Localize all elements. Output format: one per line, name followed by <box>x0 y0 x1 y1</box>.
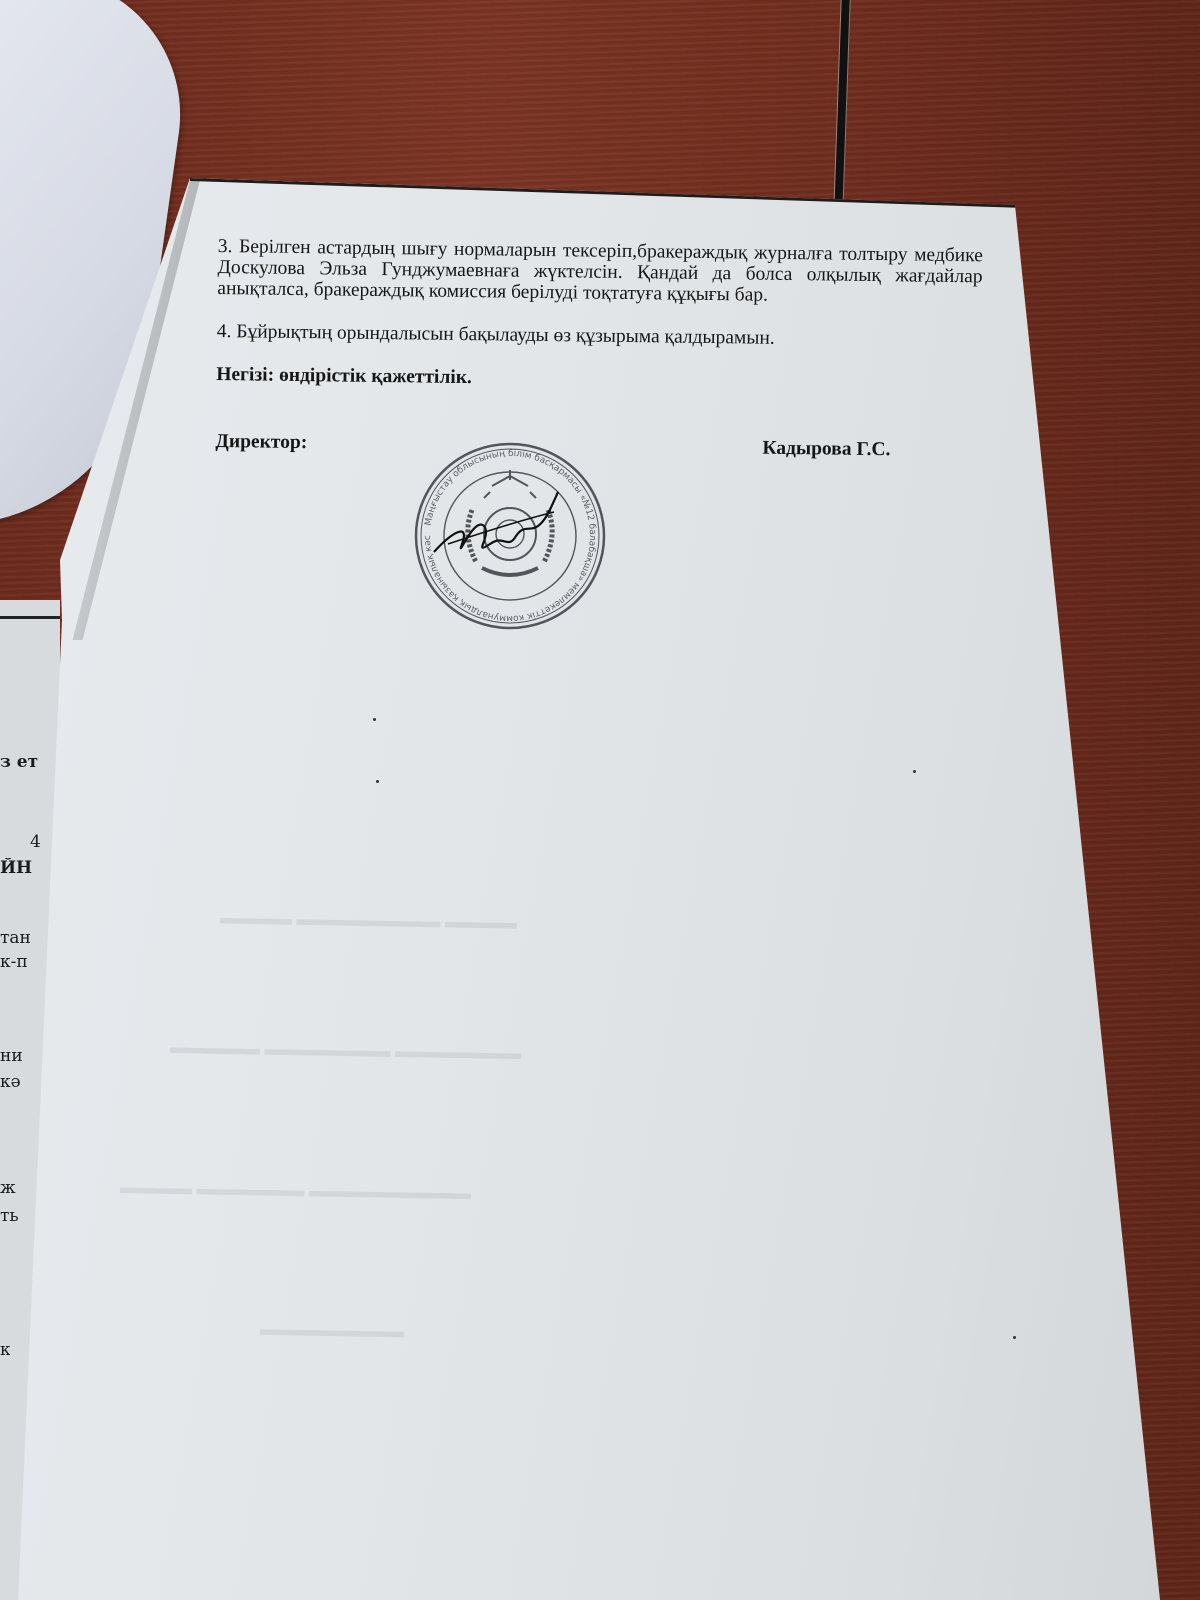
item-text: Берілген астардың шығу нормаларын тексер… <box>217 236 983 305</box>
item-number: 3. <box>218 236 233 257</box>
underlying-text-fragment: к <box>0 1340 10 1360</box>
toner-speck <box>376 780 379 783</box>
order-basis: Негізі: өндірістік қажеттілік. <box>216 364 981 394</box>
page-top-border <box>190 178 1020 208</box>
order-item-3: 3. Берілген астардың шығу нормаларын тек… <box>217 236 983 308</box>
signatory-name: Кадырова Г.С. <box>762 438 890 461</box>
underlying-text-fragment: к-п <box>0 952 44 972</box>
document-body: 3. Берілген астардың шығу нормаларын тек… <box>215 236 983 461</box>
bleed-through-text: ▬▬▬▬▬ ▬▬▬▬▬▬▬ ▬▬▬▬▬▬▬ <box>170 1037 521 1064</box>
bleed-through-text: ▬▬▬▬▬▬▬▬ <box>260 1319 404 1343</box>
desk-seam <box>834 0 849 210</box>
underlying-text-fragment: ж <box>0 1178 20 1198</box>
toner-speck <box>373 718 376 721</box>
order-item-4: 4. Бұйрықтың орындалысын бақылауды өз құ… <box>217 321 982 351</box>
bleed-through-text: ▬▬▬▬ ▬▬▬▬▬▬▬▬ ▬▬▬▬ <box>220 907 517 933</box>
underlying-text-fragment: ЙН <box>0 858 44 878</box>
bleed-through-text: ▬▬▬▬ ▬▬▬▬▬▬ ▬▬▬▬▬▬▬▬▬ <box>120 1177 471 1204</box>
item-number: 4. <box>217 321 232 342</box>
toner-speck <box>913 770 916 773</box>
document-page: ▬▬▬▬ ▬▬▬▬▬▬▬▬ ▬▬▬▬ ▬▬▬▬▬ ▬▬▬▬▬▬▬ ▬▬▬▬▬▬▬… <box>0 0 1200 1600</box>
signatory-role: Директор: <box>215 431 307 453</box>
underlying-text-fragment: з ет <box>0 752 44 772</box>
underlying-text-fragment: ть <box>0 1206 20 1226</box>
state-emblem-round-seal-icon: Маңғыстау облысының білім басқармасы «№1… <box>412 440 608 632</box>
item-text: Бұйрықтың орындалысын бақылауды өз құзыр… <box>236 321 775 349</box>
underlying-text-fragment: ни <box>0 1046 44 1066</box>
underlying-text-fragment: кә <box>0 1072 44 1092</box>
underlying-text-fragment: тан <box>0 928 44 948</box>
underlying-text-fragment: 4 <box>30 832 44 852</box>
underlying-page-rule <box>0 616 60 619</box>
toner-speck <box>1013 1336 1016 1339</box>
